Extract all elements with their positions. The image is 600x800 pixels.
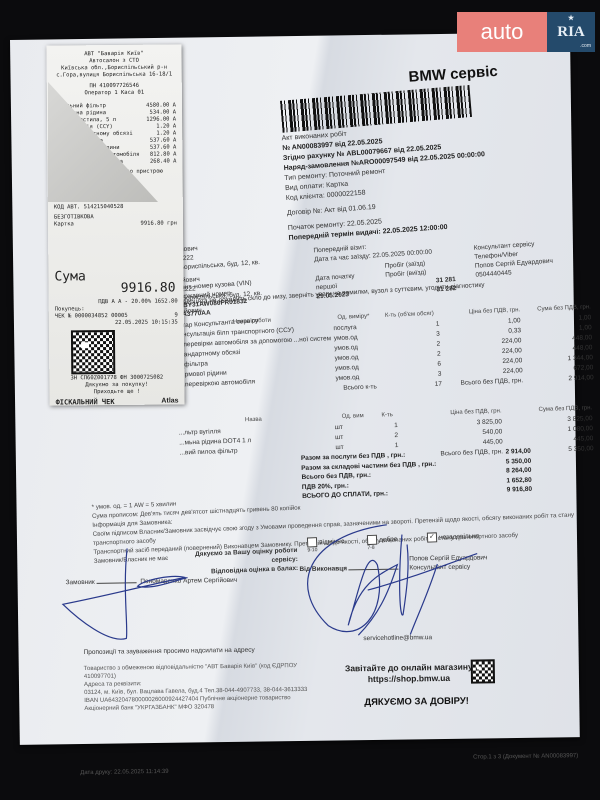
receipt-cashier: Оператор 1 Каса 01 xyxy=(47,89,182,97)
works-table: Назва роботиОд. виміру*К-ть (об'єм обсяг… xyxy=(174,302,597,400)
fiscal-receipt: АВТ "Баварія Київ" Автосалон з СТО Київс… xyxy=(46,44,184,405)
payment-text: КОД АВТ. 514215040528 xyxy=(54,204,124,212)
receipt-amount: 268.40 А xyxy=(150,158,177,165)
fiscal-label: ФІСКАЛЬНИЙ ЧЕК xyxy=(56,398,115,407)
invoice-header: Акт виконаних робіт№ AN00083997 від 22.0… xyxy=(281,119,508,244)
card-amount: 9916.80 грн xyxy=(141,220,177,227)
receipt-vat: ПДВ А А - 20.00% 1652.80 xyxy=(49,298,184,306)
receipt-qr-code xyxy=(71,330,115,374)
handwritten-signatures xyxy=(57,502,579,649)
receipt-datetime: 22.05.2025 10:15:35 xyxy=(49,319,184,327)
company-details: Товариство з обмеженою відповідальністю … xyxy=(84,662,325,713)
total-label: Всього без ПДВ, грн. xyxy=(445,375,527,388)
total-qty-label: Всього к-ть xyxy=(333,381,380,393)
print-date: Дата друку: 22.05.2025 11:14:39 xyxy=(80,768,168,777)
total-value: 2 914,00 xyxy=(526,372,597,385)
check-page: 9 xyxy=(174,312,177,319)
receipt-sum-value: 9916.80 xyxy=(121,280,176,295)
qr-code xyxy=(471,659,495,683)
service-email: servicehotline@bmw.ua xyxy=(363,634,432,643)
watermark-ria: ★ RIA .com xyxy=(547,12,595,52)
receipt-sum-label: Сума xyxy=(54,269,85,284)
card-label: Картка xyxy=(54,221,74,228)
watermark-auto: auto xyxy=(457,12,547,52)
shop-url: https://shop.bmw.ua xyxy=(344,673,474,686)
watermark-com: .com xyxy=(580,39,591,53)
receipt-card: Картка9916.80 грн xyxy=(48,220,183,228)
feedback-line: Пропозиції та зауваження просимо надсила… xyxy=(84,647,255,657)
star-icon: ★ xyxy=(568,11,574,25)
printer-brand: Atlas xyxy=(161,397,178,405)
shop-line1: Завітайте до онлайн магазину xyxy=(344,662,474,675)
feedback-text: Пропозиції та зауваження просимо надсила… xyxy=(84,647,255,657)
payment-line: КОД АВТ. 514215040528 xyxy=(48,203,183,211)
vat-line: ПДВ А А - 20.00% 1652.80 xyxy=(98,298,178,306)
check-datetime: 22.05.2025 10:15:35 xyxy=(115,319,178,327)
online-shop: Завітайте до онлайн магазину https://sho… xyxy=(344,662,474,686)
page-number: Стор.1 з 3 (Документ № AN00083997) xyxy=(473,752,578,761)
receipt-thanks2: Приходьте ще ! xyxy=(49,388,184,396)
brand-title: BMW сервіс xyxy=(408,63,498,86)
receipt-address2: с.Гора,вулиця Бориспільська 16-18/1 xyxy=(47,71,182,79)
autoria-watermark: auto ★ RIA .com xyxy=(457,12,595,52)
total-qty: 17 xyxy=(380,378,445,391)
thanks-message: ДЯКУЄМО ЗА ДОВІРУ! xyxy=(364,696,469,708)
watermark-ria-text: RIA xyxy=(557,25,585,39)
